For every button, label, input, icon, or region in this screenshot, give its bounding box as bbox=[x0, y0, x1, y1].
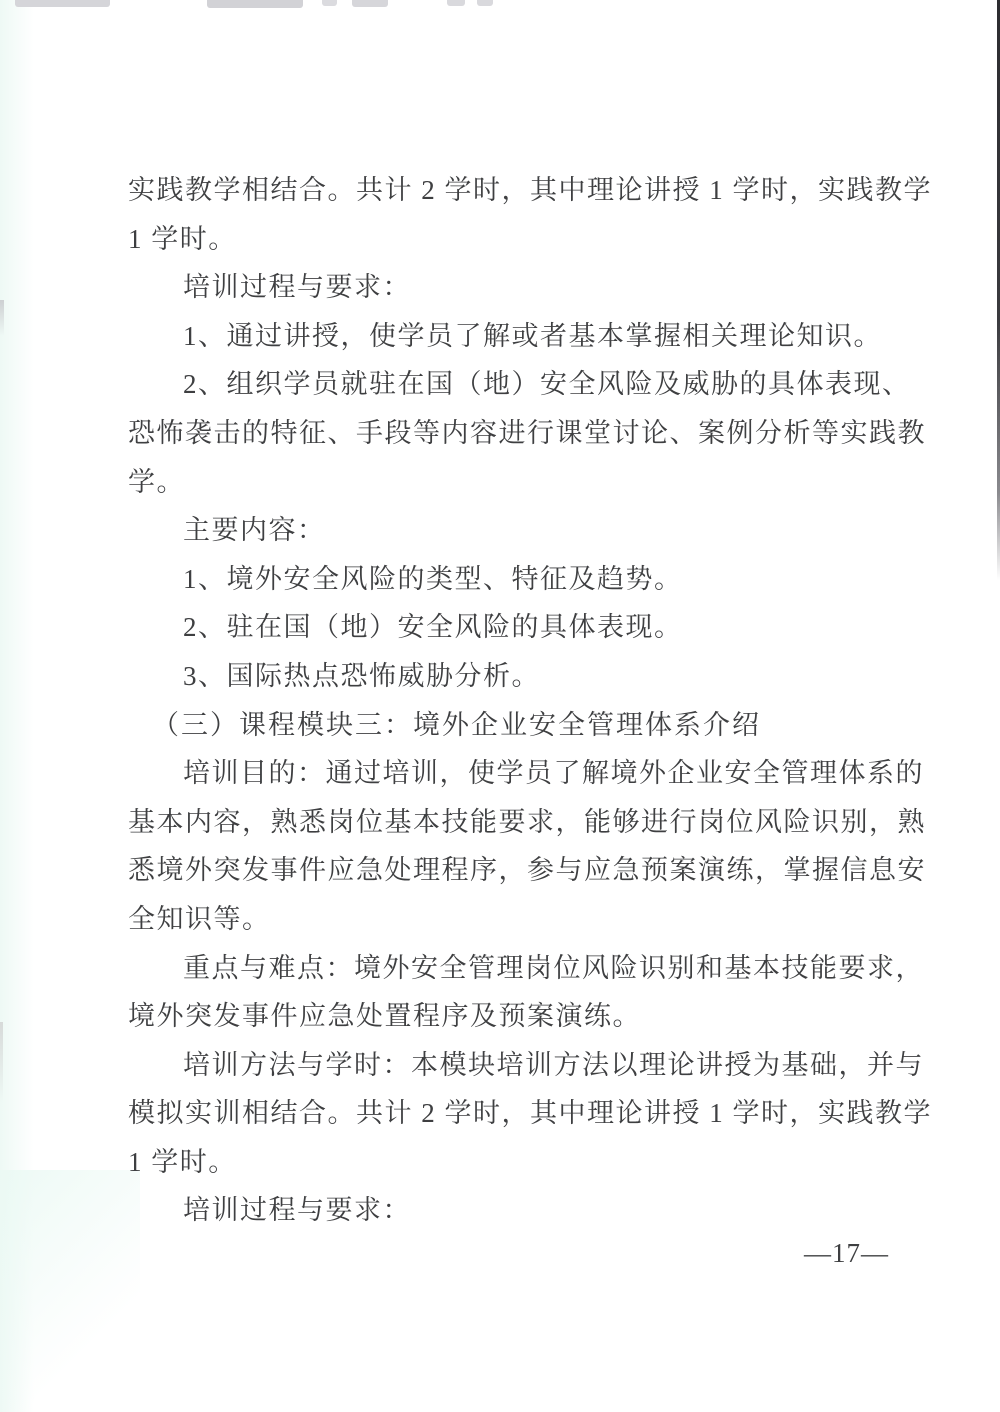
text-line: 1 学时。 bbox=[128, 215, 886, 264]
scan-speck bbox=[0, 300, 4, 336]
scan-tint-left bbox=[0, 0, 34, 1412]
scan-smudge bbox=[447, 0, 465, 6]
document-page: 实践教学相结合。共计 2 学时，其中理论讲授 1 学时，实践教学1 学时。培训过… bbox=[0, 0, 1000, 1412]
text-line: 悉境外突发事件应急处理程序，参与应急预案演练，掌握信息安 bbox=[128, 846, 886, 895]
text-line: 2、驻在国（地）安全风险的具体表现。 bbox=[128, 603, 886, 652]
text-line: 培训目的：通过培训，使学员了解境外企业安全管理体系的 bbox=[128, 749, 886, 798]
text-line: 全知识等。 bbox=[128, 895, 886, 944]
text-line: 主要内容： bbox=[128, 506, 886, 555]
text-line: 重点与难点：境外安全管理岗位风险识别和基本技能要求， bbox=[128, 944, 886, 993]
scan-tint-bottom-left bbox=[0, 1170, 140, 1412]
text-line: 1、通过讲授，使学员了解或者基本掌握相关理论知识。 bbox=[128, 312, 886, 361]
text-line: 1 学时。 bbox=[128, 1138, 886, 1187]
text-line: 2、组织学员就驻在国（地）安全风险及威胁的具体表现、 bbox=[128, 360, 886, 409]
text-line: 基本内容，熟悉岗位基本技能要求，能够进行岗位风险识别，熟 bbox=[128, 798, 886, 847]
scan-smudge bbox=[477, 0, 493, 6]
text-line: 学。 bbox=[128, 458, 886, 507]
scan-smudge bbox=[15, 0, 110, 7]
text-line: 培训过程与要求： bbox=[128, 1186, 886, 1235]
scan-speck bbox=[0, 1022, 3, 1102]
scan-smudge bbox=[207, 0, 303, 8]
text-line: 培训方法与学时：本模块培训方法以理论讲授为基础，并与 bbox=[128, 1041, 886, 1090]
scan-smudge bbox=[322, 0, 337, 6]
page-number: —17— bbox=[804, 1238, 889, 1269]
text-line: 培训过程与要求： bbox=[128, 263, 886, 312]
section-heading: （三）课程模块三：境外企业安全管理体系介绍 bbox=[128, 701, 886, 750]
text-line: 3、国际热点恐怖威胁分析。 bbox=[128, 652, 886, 701]
text-line: 境外突发事件应急处置程序及预案演练。 bbox=[128, 992, 886, 1041]
text-line: 模拟实训相结合。共计 2 学时，其中理论讲授 1 学时，实践教学 bbox=[128, 1089, 886, 1138]
text-line: 1、境外安全风险的类型、特征及趋势。 bbox=[128, 555, 886, 604]
document-body: 实践教学相结合。共计 2 学时，其中理论讲授 1 学时，实践教学1 学时。培训过… bbox=[128, 166, 886, 1235]
text-line: 恐怖袭击的特征、手段等内容进行课堂讨论、案例分析等实践教 bbox=[128, 409, 886, 458]
text-line: 实践教学相结合。共计 2 学时，其中理论讲授 1 学时，实践教学 bbox=[128, 166, 886, 215]
scan-smudge bbox=[352, 0, 388, 7]
